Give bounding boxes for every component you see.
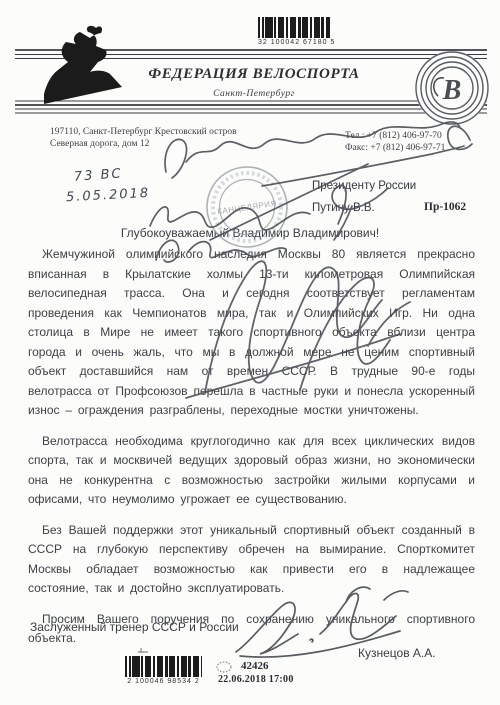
paragraph-2: Велотрасса необходима круглогодично как … [28,432,475,510]
registration-number: 42426 [241,660,269,672]
stamp-text: КАНЦЕЛЯРИЯ [217,199,278,216]
postal-barcode-bottom: 2 100046 98534 2 [125,656,202,685]
signer-name: Кузнецов А.А. [358,646,436,660]
org-city: Санкт-Петербург [118,89,390,99]
barcode-bars [258,17,330,38]
horse-statue-icon [44,26,122,104]
paragraph-1: Жемчужиной олимпийского наследия Москвы … [28,245,475,421]
fax-line: Факс: +7 (812) 406-97-71 [345,142,445,154]
scanned-letter-page: 32 100042 67180 5 ФЕДЕРАЦИЯ ВЕЛОСПОРТА С… [0,0,500,705]
letter-body: Жемчужиной олимпийского наследия Москвы … [28,245,475,660]
signer-title: Заслуженный тренер СССР и России [30,620,239,634]
org-name: ФЕДЕРАЦИЯ ВЕЛОСПОРТА [118,66,390,83]
emblem-letter: В [442,75,462,106]
reference-number: Пр-1062 [424,201,466,213]
barcode-number: 32 100042 67180 5 [258,39,330,46]
org-contacts: Тел.: +7 (812) 406-97-70 Факс: +7 (812) … [345,130,445,154]
phone-line: Тел.: +7 (812) 406-97-70 [345,130,445,142]
handwritten-date-note: 5.05.2018 [66,186,151,205]
postal-barcode-top: 32 100042 67180 5 [258,17,330,46]
registration-datetime: 22.06.2018 17:00 [218,674,294,685]
salutation: Глубокоуважаемый Владимир Владимирович! [0,226,500,240]
address-line-1: 197110, Санкт-Петербург Крестовский остр… [50,126,237,138]
recipient-line-1: Президенту России [312,180,416,192]
barcode-number: 2 100046 98534 2 [125,678,202,685]
handwritten-index-note: 73 ВС [74,166,124,184]
barcode-bars [125,656,202,677]
address-line-2: Северная дорога, дом 12 [50,138,237,150]
org-address: 197110, Санкт-Петербург Крестовский остр… [50,126,237,150]
federation-emblem-icon: В [415,51,489,125]
recipient-line-2: Путину В.В. [312,202,375,214]
paragraph-3: Без Вашей поддержки этот уникальный спор… [28,521,475,599]
